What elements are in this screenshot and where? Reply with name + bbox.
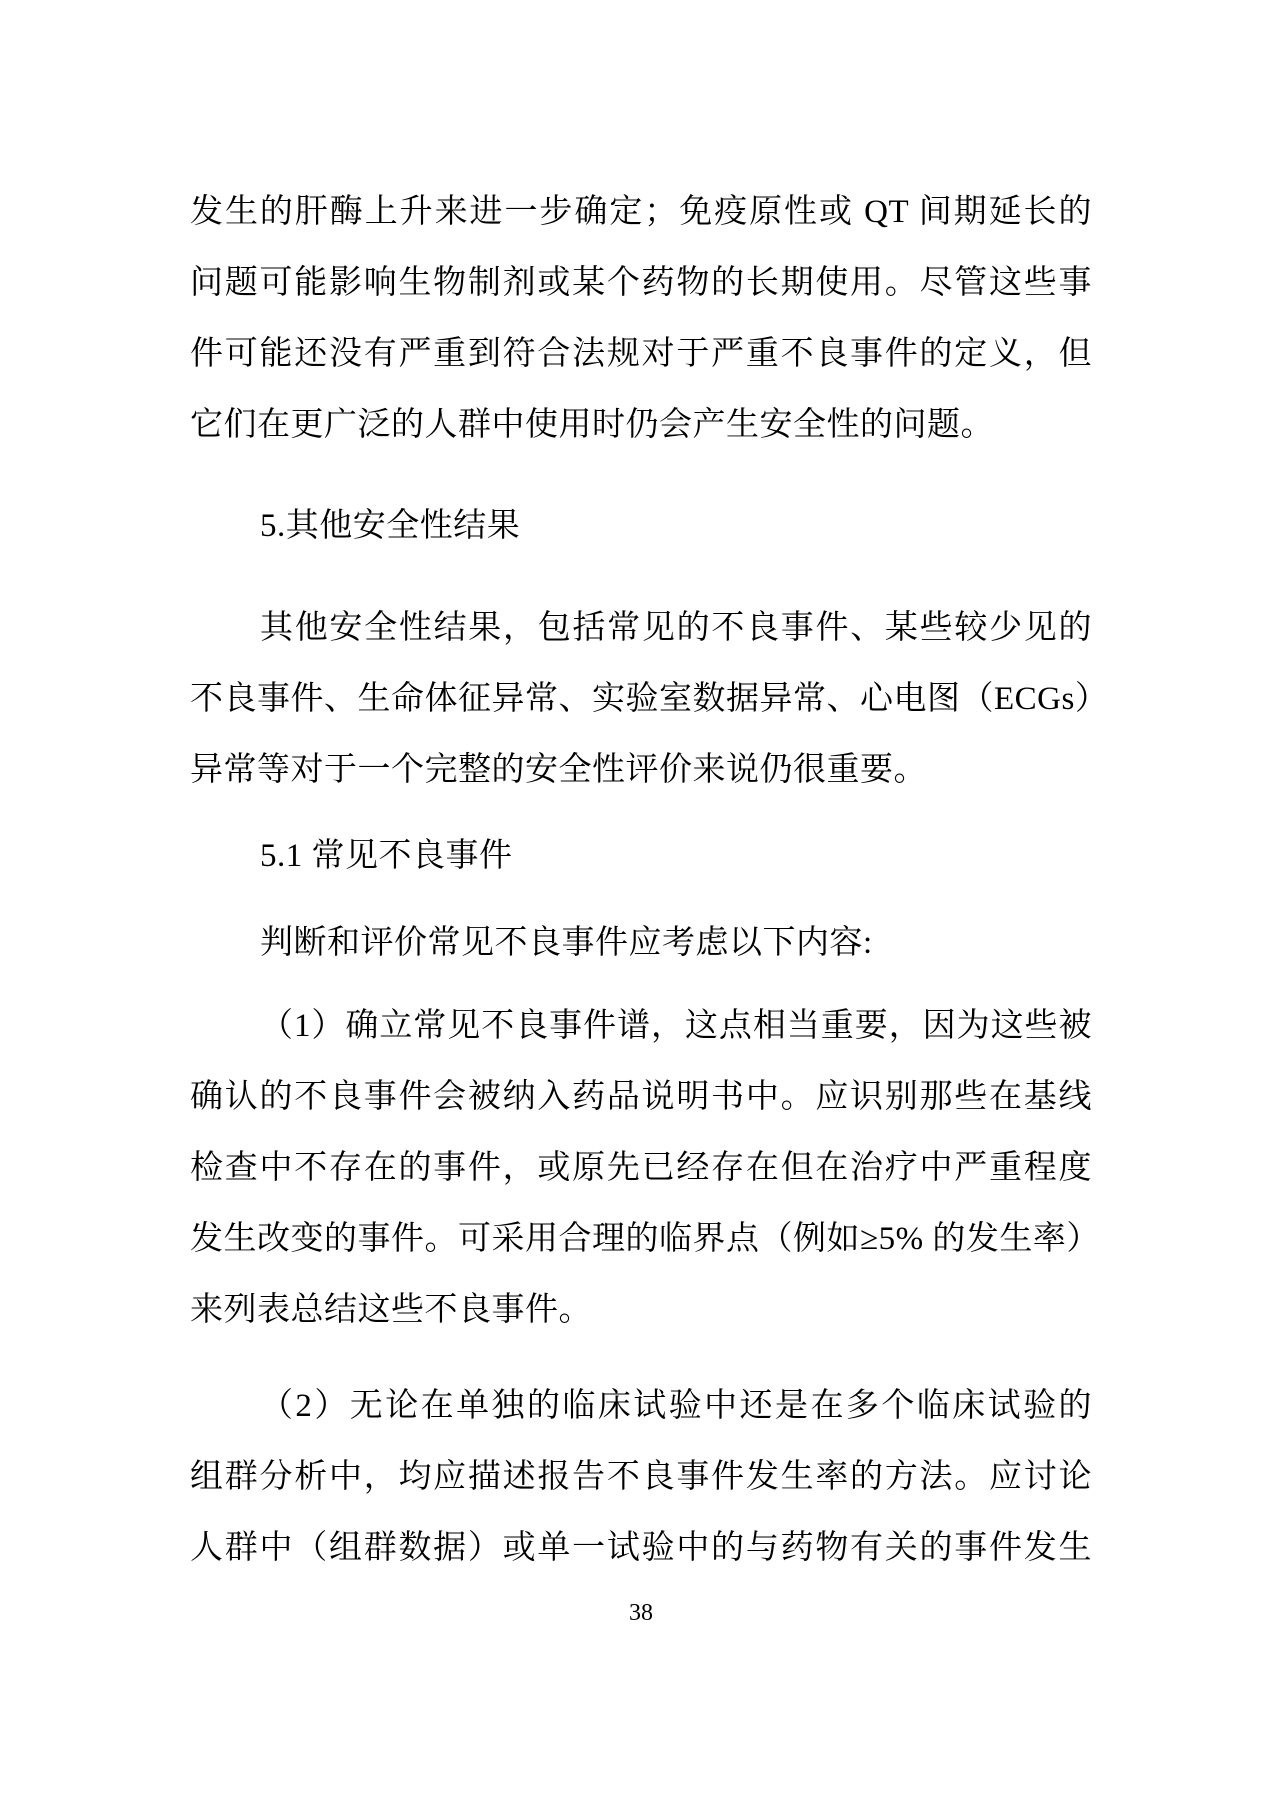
paragraph-line: 组群分析中，均应描述报告不良事件发生率的方法。应讨论 bbox=[190, 1442, 1092, 1513]
paragraph-other-safety-results: 其他安全性结果，包括常见的不良事件、某些较少见的 不良事件、生命体征异常、实验室… bbox=[190, 593, 1092, 806]
paragraph-line: 问题可能影响生物制剂或某个药物的长期使用。尽管这些事 bbox=[190, 248, 1092, 319]
paragraph-line: 发生改变的事件。可采用合理的临界点（例如≥5% 的发生率） bbox=[190, 1204, 1092, 1275]
section-heading-5-other-safety-results: 5.其他安全性结果 bbox=[190, 491, 1092, 562]
paragraph-item-1: （1）确立常见不良事件谱，这点相当重要，因为这些被 确认的不良事件会被纳入药品说… bbox=[190, 991, 1092, 1346]
document-page: 发生的肝酶上升来进一步确定；免疫原性或 QT 间期延长的 问题可能影响生物制剂或… bbox=[0, 0, 1280, 1810]
paragraph-line: （2）无论在单独的临床试验中还是在多个临床试验的 bbox=[190, 1371, 1092, 1442]
paragraph-item-2: （2）无论在单独的临床试验中还是在多个临床试验的 组群分析中，均应描述报告不良事… bbox=[190, 1371, 1092, 1584]
page-number: 38 bbox=[190, 1598, 1092, 1628]
section-heading-5-1-common-adverse-events: 5.1 常见不良事件 bbox=[190, 821, 1092, 892]
paragraph-line: 发生的肝酶上升来进一步确定；免疫原性或 QT 间期延长的 bbox=[190, 177, 1092, 248]
paragraph-line: 其他安全性结果，包括常见的不良事件、某些较少见的 bbox=[190, 593, 1092, 664]
paragraph-continued: 发生的肝酶上升来进一步确定；免疫原性或 QT 间期延长的 问题可能影响生物制剂或… bbox=[190, 177, 1092, 461]
paragraph-intro: 判断和评价常见不良事件应考虑以下内容: bbox=[190, 908, 1092, 979]
paragraph-line: 它们在更广泛的人群中使用时仍会产生安全性的问题。 bbox=[190, 390, 1092, 461]
paragraph-line: 件可能还没有严重到符合法规对于严重不良事件的定义，但 bbox=[190, 319, 1092, 390]
paragraph-line: 判断和评价常见不良事件应考虑以下内容: bbox=[190, 908, 1092, 979]
paragraph-line: （1）确立常见不良事件谱，这点相当重要，因为这些被 bbox=[190, 991, 1092, 1062]
paragraph-line: 不良事件、生命体征异常、实验室数据异常、心电图（ECGs） bbox=[190, 664, 1092, 735]
paragraph-line: 人群中（组群数据）或单一试验中的与药物有关的事件发生 bbox=[190, 1513, 1092, 1584]
paragraph-line: 异常等对于一个完整的安全性评价来说仍很重要。 bbox=[190, 735, 1092, 806]
paragraph-line: 来列表总结这些不良事件。 bbox=[190, 1275, 1092, 1346]
paragraph-line: 检查中不存在的事件，或原先已经存在但在治疗中严重程度 bbox=[190, 1133, 1092, 1204]
paragraph-line: 确认的不良事件会被纳入药品说明书中。应识别那些在基线 bbox=[190, 1062, 1092, 1133]
document-body: 发生的肝酶上升来进一步确定；免疫原性或 QT 间期延长的 问题可能影响生物制剂或… bbox=[190, 177, 1092, 1584]
